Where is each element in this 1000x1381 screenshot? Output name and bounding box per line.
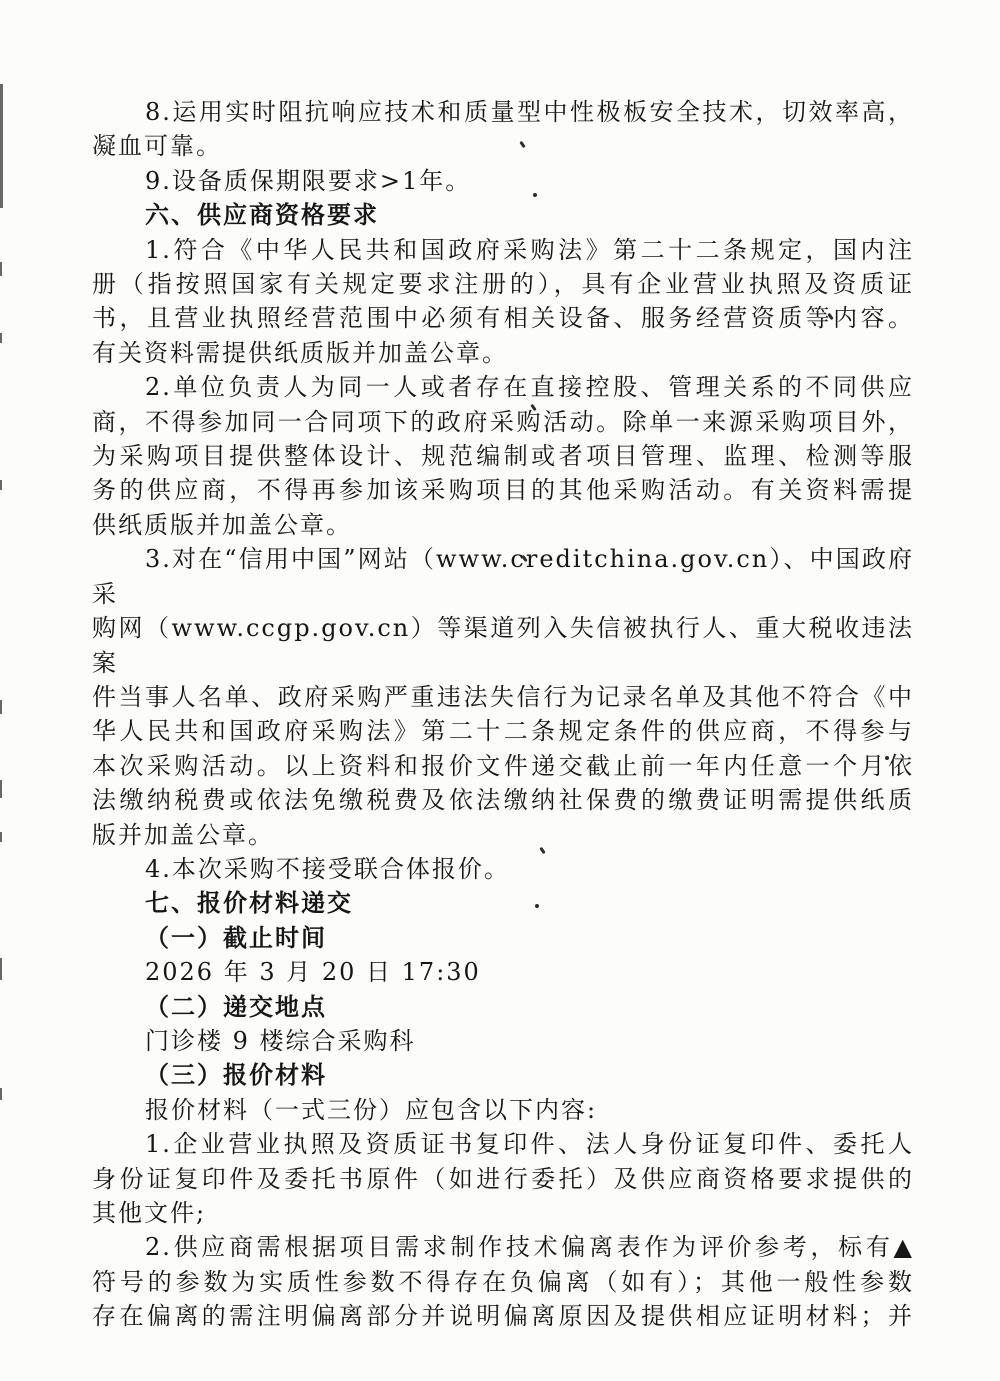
body-line: 件当事人名单、政府采购严重违法失信行为记录名单及其他不符合《中: [92, 680, 914, 714]
body-line: 1.符合《中华人民共和国政府采购法》第二十二条规定，国内注: [92, 233, 914, 267]
document-body: 8.运用实时阻抗响应技术和质量型中性极板安全技术，切效率高， 凝血可靠。 9.设…: [92, 95, 914, 1334]
body-line: 法缴纳税费或依法免缴税费及依法缴纳社保费的缴费证明需提供纸质: [92, 783, 914, 817]
scan-speck: [535, 904, 539, 908]
scan-edge-artifact: [0, 1088, 2, 1100]
scanned-document-page: 8.运用实时阻抗响应技术和质量型中性极板安全技术，切效率高， 凝血可靠。 9.设…: [0, 0, 1000, 1381]
scan-edge-artifact: [0, 780, 2, 798]
address-value: 门诊楼 9 楼综合采购科: [92, 1024, 914, 1058]
scan-edge-artifact: [0, 84, 3, 208]
body-line: 存在偏离的需注明偏离部分并说明偏离原因及提供相应证明材料；并: [92, 1299, 914, 1333]
deadline-value: 2026 年 3 月 20 日 17:30: [92, 955, 914, 989]
scan-edge-artifact: [0, 262, 2, 276]
section-heading: 六、供应商资格要求: [92, 198, 914, 232]
body-line: 3.对在“信用中国”网站（www.creditchina.gov.cn）、中国政…: [92, 542, 914, 611]
body-line: 2.单位负责人为同一人或者存在直接控股、管理关系的不同供应: [92, 370, 914, 404]
body-line: 报价材料（一式三份）应包含以下内容:: [92, 1093, 914, 1127]
body-line: 符号的参数为实质性参数不得存在负偏离（如有）；其他一般性参数: [92, 1265, 914, 1299]
body-line: 凝血可靠。: [92, 129, 914, 163]
body-line: 本次采购活动。以上资料和报价文件递交截止前一年内任意一个月依: [92, 749, 914, 783]
body-line: 2.供应商需根据项目需求制作技术偏离表作为评价参考，标有▲: [92, 1230, 914, 1264]
body-line: 书，且营业执照经营范围中必须有相关设备、服务经营资质等内容。: [92, 301, 914, 335]
body-line: 有关资料需提供纸质版并加盖公章。: [92, 336, 914, 370]
body-line: 供纸质版并加盖公章。: [92, 508, 914, 542]
body-line: 商，不得参加同一合同项下的政府采购活动。除单一来源采购项目外，: [92, 405, 914, 439]
body-line: 华人民共和国政府采购法》第二十二条规定条件的供应商，不得参与: [92, 714, 914, 748]
section-heading: 七、报价材料递交: [92, 886, 914, 920]
body-line: 9.设备质保期限要求>1年。: [92, 164, 914, 198]
body-line: 务的供应商，不得再参加该采购项目的其他采购活动。有关资料需提: [92, 473, 914, 507]
scan-edge-artifact: [0, 333, 2, 343]
body-line: 4.本次采购不接受联合体报价。: [92, 852, 914, 886]
body-line: 1.企业营业执照及资质证书复印件、法人身份证复印件、委托人: [92, 1127, 914, 1161]
scan-edge-artifact: [0, 700, 2, 714]
body-line: 其他文件;: [92, 1196, 914, 1230]
sub-heading: （二）递交地点: [92, 990, 914, 1024]
body-line: 购网（www.ccgp.gov.cn）等渠道列入失信被执行人、重大税收违法案: [92, 611, 914, 680]
body-line: 8.运用实时阻抗响应技术和质量型中性极板安全技术，切效率高，: [92, 95, 914, 129]
body-line: 版并加盖公章。: [92, 818, 914, 852]
sub-heading: （一）截止时间: [92, 921, 914, 955]
sub-heading: （三）报价材料: [92, 1058, 914, 1092]
body-line: 为采购项目提供整体设计、规范编制或者项目管理、监理、检测等服: [92, 439, 914, 473]
scan-edge-artifact: [0, 480, 2, 490]
body-line: 身份证复印件及委托书原件（如进行委托）及供应商资格要求提供的: [92, 1162, 914, 1196]
body-line: 册（指按照国家有关规定要求注册的），具有企业营业执照及资质证: [92, 267, 914, 301]
scan-speck: [533, 193, 537, 197]
scan-edge-artifact: [0, 832, 2, 842]
scan-edge-artifact: [0, 958, 2, 980]
scan-speck: [885, 756, 889, 760]
